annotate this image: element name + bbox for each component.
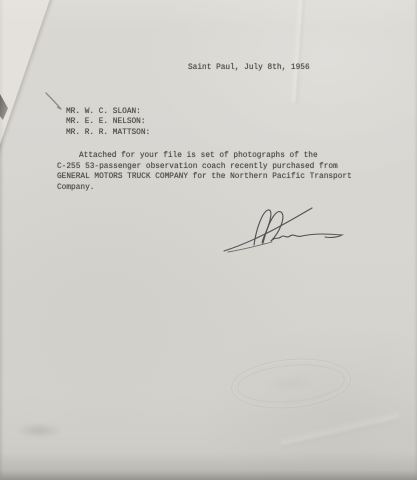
body-line: GENERAL MOTORS TRUCK COMPANY for the Nor… (57, 172, 352, 183)
paper-crease (265, 0, 330, 105)
paper-fold-crease (0, 0, 60, 159)
dateline: Saint Paul, July 8th, 1956 (188, 63, 310, 74)
body-line: Company. (57, 183, 352, 194)
pencil-smudge (16, 423, 62, 438)
body-line: C-255 53-passenger observation coach rec… (57, 162, 352, 173)
recipient-line: MR. E. E. NELSON: (66, 117, 150, 127)
body-line: Attached for your file is set of photogr… (57, 151, 352, 162)
recipient-list: MR. W. C. SLOAN: MR. E. E. NELSON: MR. R… (66, 107, 150, 138)
recipient-line: MR. R. R. MATTSON: (66, 128, 150, 138)
handwritten-signature (218, 204, 348, 258)
recipient-line: MR. W. C. SLOAN: (66, 107, 150, 117)
letter-body: Attached for your file is set of photogr… (57, 151, 352, 193)
scanned-letter-page: Saint Paul, July 8th, 1956 MR. W. C. SLO… (0, 0, 417, 480)
